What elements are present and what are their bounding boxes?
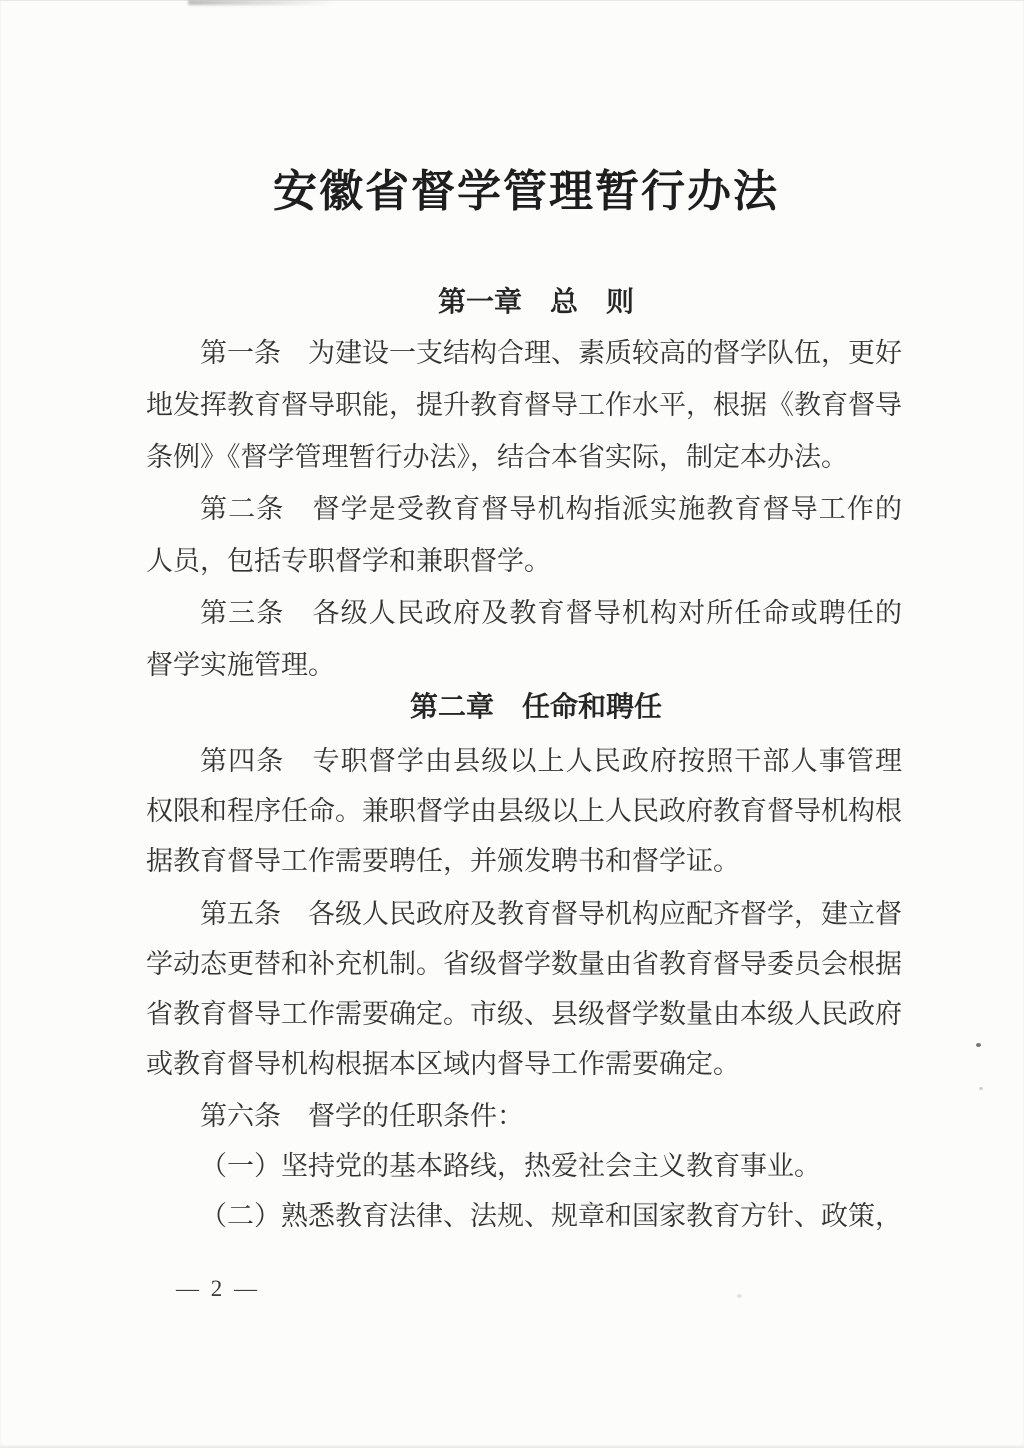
text-line: 督学实施管理。 — [146, 639, 902, 691]
article-4-paragraph: 第四条 专职督学由县级以上人民政府按照干部人事管理 权限和程序任命。兼职督学由县… — [146, 736, 902, 886]
scan-smudge-artifact — [188, 0, 336, 5]
text-line: 第二条 督学是受教育督导机构指派实施教育督导工作的 — [146, 483, 902, 535]
text-line: （二）熟悉教育法律、法规、规章和国家教育方针、政策， — [146, 1191, 902, 1241]
chapter-1-body: 第一条 为建设一支结构合理、素质较高的督学队伍，更好 地发挥教育督导职能，提升教… — [146, 327, 902, 691]
scan-speck-artifact — [979, 1087, 983, 1090]
scan-speck-artifact — [737, 1294, 742, 1298]
text-line: 地发挥教育督导职能，提升教育督导工作水平，根据《教育督导 — [146, 379, 902, 431]
document-title: 安徽省督学管理暂行办法 — [0, 170, 1024, 214]
page-number: — 2 — — [176, 1275, 260, 1303]
text-line: 权限和程序任命。兼职督学由县级以上人民政府教育督导机构根 — [146, 786, 902, 836]
text-line: 据教育督导工作需要聘任，并颁发聘书和督学证。 — [146, 836, 902, 886]
document-page: 安徽省督学管理暂行办法 第一章 总 则 第一条 为建设一支结构合理、素质较高的督… — [0, 0, 1024, 1448]
text-line: 或教育督导机构根据本区域内督导工作需要确定。 — [146, 1039, 902, 1089]
article-6-paragraph: 第六条 督学的任职条件： （一）坚持党的基本路线，热爱社会主义教育事业。 （二）… — [146, 1091, 902, 1241]
text-line: 学动态更替和补充机制。省级督学数量由省教育督导委员会根据 — [146, 939, 902, 989]
text-line: 人员，包括专职督学和兼职督学。 — [146, 535, 902, 587]
text-line: （一）坚持党的基本路线，热爱社会主义教育事业。 — [146, 1141, 902, 1191]
text-line: 第一条 为建设一支结构合理、素质较高的督学队伍，更好 — [146, 327, 902, 379]
text-line: 省教育督导工作需要确定。市级、县级督学数量由本级人民政府 — [146, 989, 902, 1039]
article-5-paragraph: 第五条 各级人民政府及教育督导机构应配齐督学，建立督 学动态更替和补充机制。省级… — [146, 889, 902, 1089]
text-line: 第六条 督学的任职条件： — [146, 1091, 902, 1141]
scan-speck-artifact — [976, 1043, 981, 1047]
chapter-1-heading: 第一章 总 则 — [0, 287, 1024, 316]
text-line: 条例》《督学管理暂行办法》，结合本省实际，制定本办法。 — [146, 431, 902, 483]
text-line: 第三条 各级人民政府及教育督导机构对所任命或聘任的 — [146, 587, 902, 639]
chapter-2-heading: 第二章 任命和聘任 — [0, 692, 1024, 721]
text-line: 第五条 各级人民政府及教育督导机构应配齐督学，建立督 — [146, 889, 902, 939]
text-line: 第四条 专职督学由县级以上人民政府按照干部人事管理 — [146, 736, 902, 786]
